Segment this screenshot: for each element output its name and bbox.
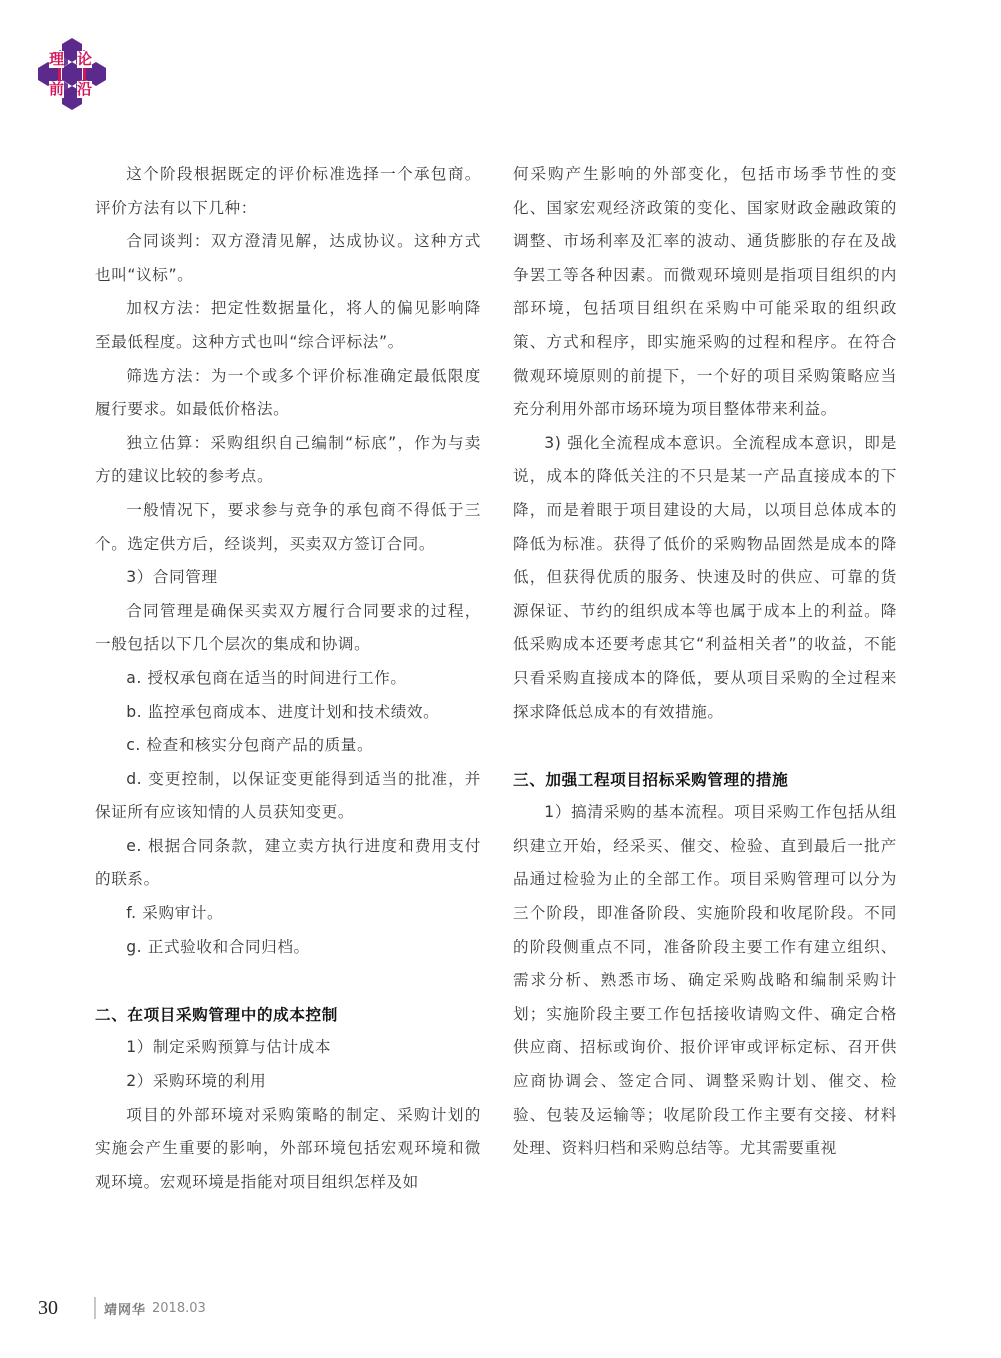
column-logo: 理 论 前 沿: [36, 36, 108, 112]
logo-char-3: 前: [49, 81, 64, 98]
subheading: 1）制定采购预算与估计成本: [95, 1031, 481, 1065]
list-item: e. 根据合同条款，建立卖方执行进度和费用支付的联系。: [95, 830, 481, 897]
section-spacer: [95, 964, 481, 998]
paragraph: 3) 强化全流程成本意识。全流程成本意识，即是说，成本的降低关注的不只是某一产品…: [513, 427, 897, 729]
paragraph: 一般情况下，要求参与竞争的承包商不得低于三个。选定供方后，经谈判，买卖双方签订合…: [95, 494, 481, 561]
logo-char-1: 理: [49, 51, 64, 68]
paragraph: 独立估算：采购组织自己编制“标底”，作为与卖方的建议比较的参考点。: [95, 427, 481, 494]
list-item: g. 正式验收和合同归档。: [95, 931, 481, 965]
section-heading: 三、加强工程项目招标采购管理的措施: [513, 763, 897, 797]
issue-date: 2018.03: [152, 1301, 206, 1316]
list-item: f. 采购审计。: [95, 897, 481, 931]
paragraph: 筛选方法：为一个或多个评价标准确定最低限度履行要求。如最低价格法。: [95, 360, 481, 427]
footer-divider: [94, 1297, 96, 1319]
section-spacer: [513, 729, 897, 763]
paragraph-continued: 何采购产生影响的外部变化，包括市场季节性的变化、国家宏观经济政策的变化、国家财政…: [513, 158, 897, 427]
hexagon-logo-icon: [36, 36, 108, 112]
list-item: b. 监控承包商成本、进度计划和技术绩效。: [95, 696, 481, 730]
logo-char-4: 沿: [77, 81, 92, 98]
logo-char-2: 论: [77, 51, 92, 68]
subheading: 2）采购环境的利用: [95, 1065, 481, 1099]
publication-name: 靖网华: [104, 1299, 146, 1318]
list-item: a. 授权承包商在适当的时间进行工作。: [95, 662, 481, 696]
page-footer: 30 靖网华 2018.03: [38, 1293, 206, 1323]
paragraph: 合同管理是确保买卖双方履行合同要求的过程，一般包括以下几个层次的集成和协调。: [95, 595, 481, 662]
left-column: 这个阶段根据既定的评价标准选择一个承包商。评价方法有以下几种： 合同谈判：双方澄…: [95, 158, 481, 1199]
subheading: 3）合同管理: [95, 561, 481, 595]
page-number: 30: [38, 1297, 88, 1320]
paragraph: 合同谈判：双方澄清见解，达成协议。这种方式也叫“议标”。: [95, 225, 481, 292]
paragraph: 1）搞清采购的基本流程。项目采购工作包括从组织建立开始，经采买、催交、检验、直到…: [513, 796, 897, 1166]
section-heading: 二、在项目采购管理中的成本控制: [95, 998, 481, 1032]
paragraph: 这个阶段根据既定的评价标准选择一个承包商。评价方法有以下几种：: [95, 158, 481, 225]
paragraph: 加权方法：把定性数据量化，将人的偏见影响降至最低程度。这种方式也叫“综合评标法”…: [95, 292, 481, 359]
paragraph: 项目的外部环境对采购策略的制定、采购计划的实施会产生重要的影响，外部环境包括宏观…: [95, 1099, 481, 1200]
list-item: d. 变更控制，以保证变更能得到适当的批准，并保证所有应该知情的人员获知变更。: [95, 763, 481, 830]
list-item: c. 检查和核实分包商产品的质量。: [95, 729, 481, 763]
right-column: 何采购产生影响的外部变化，包括市场季节性的变化、国家宏观经济政策的变化、国家财政…: [513, 158, 897, 1166]
